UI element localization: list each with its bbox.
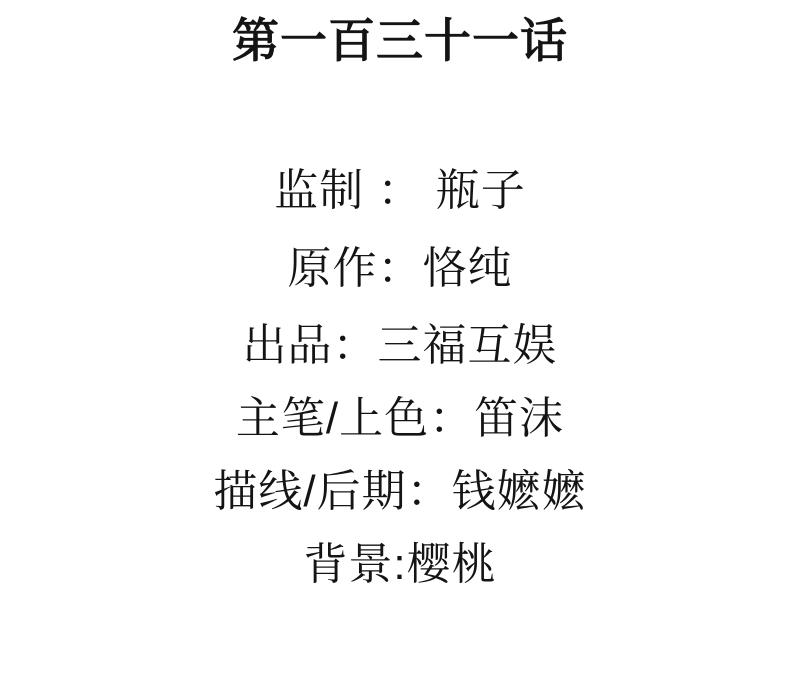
credit-line-artist-coloring: 主笔/上色：笛沫	[0, 391, 800, 446]
credit-line-lineart-postproduction: 描线/后期：钱嬷嬷	[0, 464, 800, 519]
credits-page: 第一百三十一话 监制 ： 瓶子 原作：恪纯 出品：三福互娱 主笔/上色：笛沫 描…	[0, 0, 800, 675]
credit-line-background: 背景:樱桃	[0, 537, 800, 592]
credit-line-producer: 出品：三福互娱	[0, 318, 800, 373]
chapter-title: 第一百三十一话	[0, 14, 800, 68]
credit-line-original-work: 原作：恪纯	[0, 241, 800, 296]
credit-line-supervisor: 监制 ： 瓶子	[0, 163, 800, 218]
